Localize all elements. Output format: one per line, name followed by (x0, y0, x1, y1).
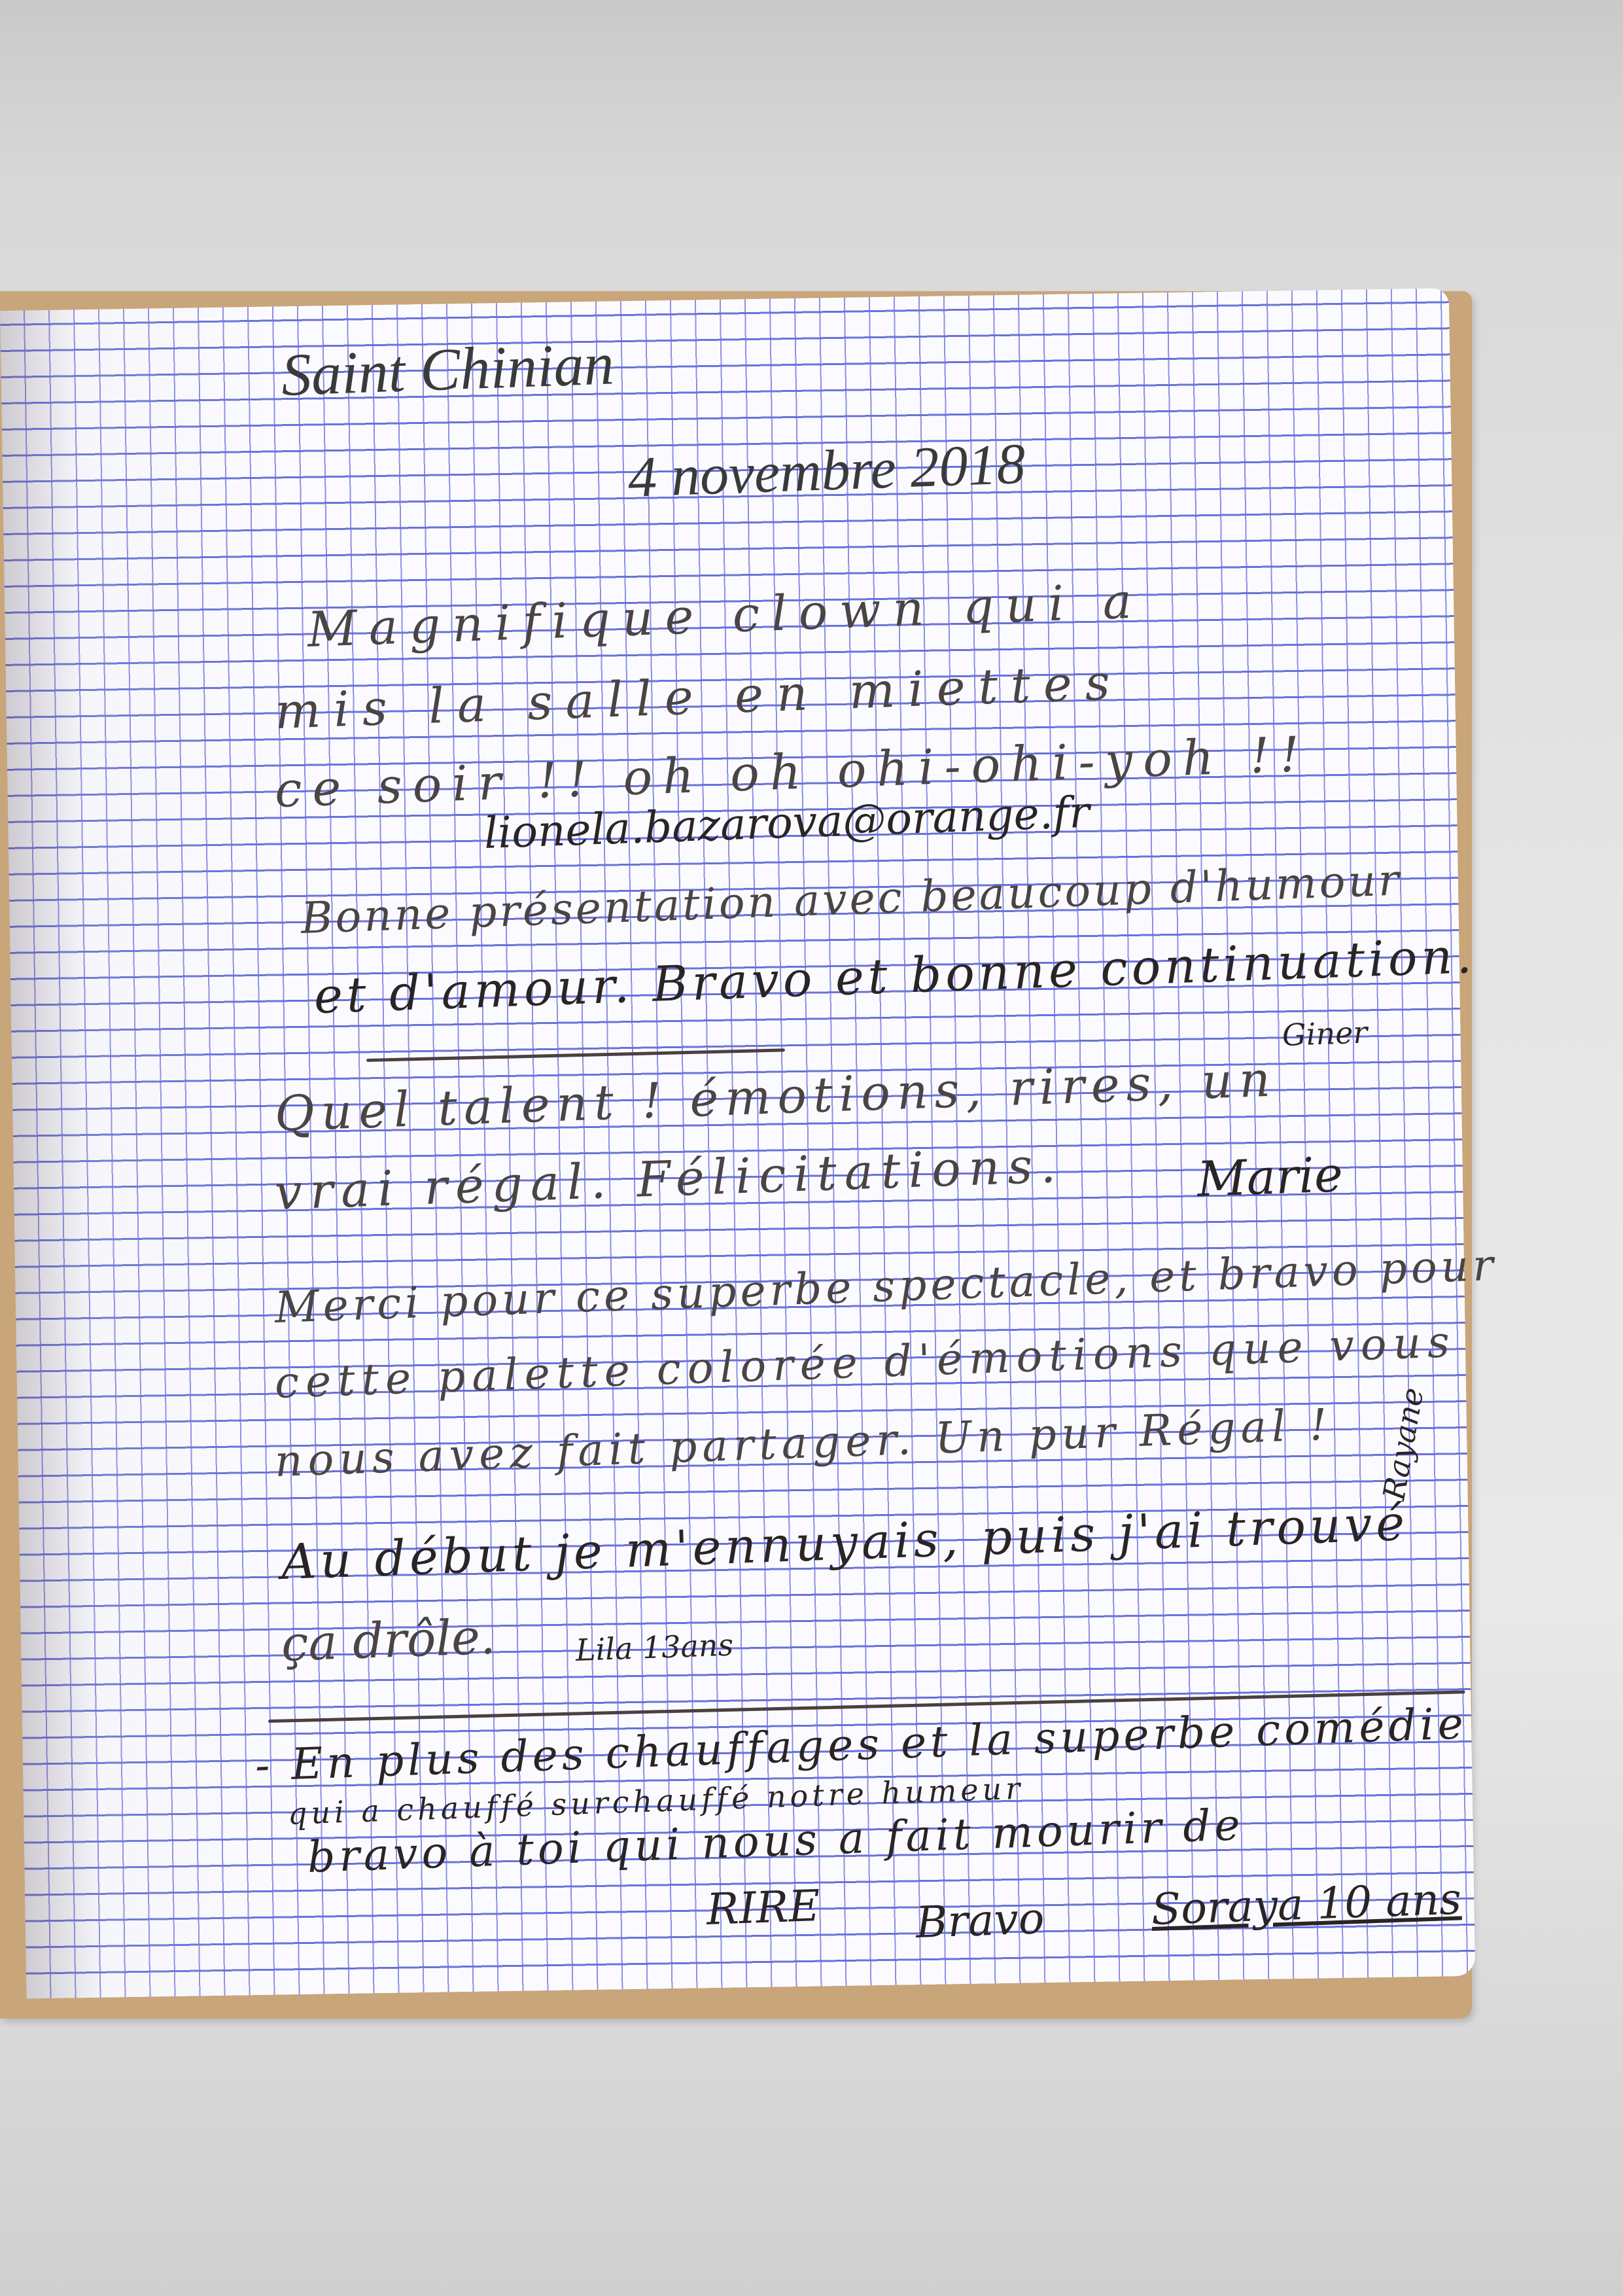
entry-3-signature: Marie (1196, 1146, 1344, 1208)
entry-2-signature: Giner (1282, 1014, 1368, 1053)
header-date: 4 novembre 2018 (627, 431, 1026, 511)
header-place: Saint Chinian (280, 328, 615, 410)
entry-6-closing: Bravo (915, 1893, 1045, 1948)
entry-5-line-2: ça drôle. (280, 1609, 496, 1672)
entry-5-signature: Lila 13ans (575, 1627, 734, 1668)
entry-6-line-4: RIRE (706, 1881, 821, 1935)
